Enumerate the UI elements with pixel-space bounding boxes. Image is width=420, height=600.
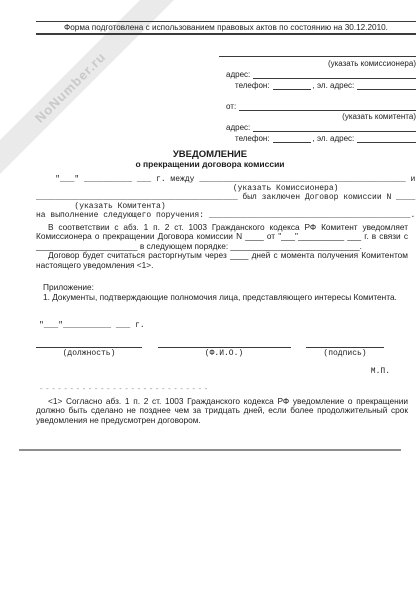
name-blank (158, 346, 291, 348)
signature-hint: (подпись) (306, 349, 384, 358)
intro-line-assignment: на выполнение следующего поручения: ____… (36, 211, 418, 220)
page-bottom-rule (19, 449, 401, 451)
email-label: , эл. адрес: (313, 134, 355, 143)
from-row: от: (219, 102, 416, 111)
signature-row: (должность) (Ф.И.О.) (подпись) (36, 346, 384, 358)
committent-hint: (указать комитента) (219, 111, 416, 121)
email-blank (357, 81, 416, 90)
document-content: Форма подготовлена с использованием прав… (0, 21, 420, 426)
position-hint: (должность) (36, 349, 142, 358)
intro-line-commissioner-hint: (указать Комиссионера) (36, 184, 418, 193)
email-label: , эл. адрес: (313, 81, 355, 90)
address-label: адрес: (226, 123, 250, 132)
footnote-separator: -------------------------------- (39, 386, 209, 394)
phone-blank (273, 134, 311, 143)
seal-mark: М.П. (0, 367, 390, 376)
document-subtitle: о прекращении договора комиссии (0, 160, 420, 170)
from-blank (239, 102, 416, 111)
phone-blank (273, 81, 311, 90)
spacer (219, 90, 416, 100)
agreement-intro: "___" __________ ___ г. между __________… (36, 175, 418, 221)
intro-line-committent-hint: (указать Комитента) (36, 202, 418, 211)
commissioner-name-blank (219, 48, 416, 57)
committent-address-row: адрес: (219, 123, 416, 132)
from-label: от: (226, 102, 236, 111)
signature-field: (подпись) (306, 346, 384, 358)
name-signature-field: (Ф.И.О.) (158, 346, 291, 358)
commissioner-address-row: адрес: (219, 70, 416, 79)
appendix-block: Приложение: 1. Документы, подтверждающие… (43, 283, 408, 302)
document-title-block: УВЕДОМЛЕНИЕ о прекращении договора комис… (0, 150, 420, 170)
address-label: адрес: (226, 70, 250, 79)
address-blank (253, 123, 416, 132)
footnote-text: <1> Согласно абз. 1 п. 2 ст. 1003 Гражда… (36, 397, 408, 426)
committent-phone-row: телефон: , эл. адрес: (219, 134, 416, 143)
document-page: NoNumber.ru Форма подготовлена с использ… (0, 0, 420, 600)
form-source-note: Форма подготовлена с использованием прав… (36, 21, 416, 35)
commissioner-hint: (указать комиссионера) (219, 58, 416, 68)
name-hint: (Ф.И.О.) (158, 349, 291, 358)
position-blank (36, 346, 142, 348)
email-blank (357, 134, 416, 143)
phone-label: телефон: (235, 81, 270, 90)
notice-paragraph: В соответствии с абз. 1 п. 2 ст. 1003 Гр… (36, 223, 408, 252)
signature-date-line: "___"__________ ___ г. (39, 321, 420, 330)
intro-line-date-parties: "___" __________ ___ г. между __________… (36, 175, 418, 184)
signature-blank (306, 346, 384, 348)
intro-line-contract: ________________________________________… (36, 193, 418, 202)
addressee-block: (указать комиссионера) адрес: телефон: ,… (219, 48, 416, 143)
position-signature-field: (должность) (36, 346, 142, 358)
termination-paragraph: Договор будет считаться расторгнутым чер… (36, 251, 408, 270)
phone-label: телефон: (235, 134, 270, 143)
address-blank (253, 70, 416, 79)
appendix-item: 1. Документы, подтверждающие полномочия … (43, 293, 408, 303)
commissioner-phone-row: телефон: , эл. адрес: (219, 81, 416, 90)
